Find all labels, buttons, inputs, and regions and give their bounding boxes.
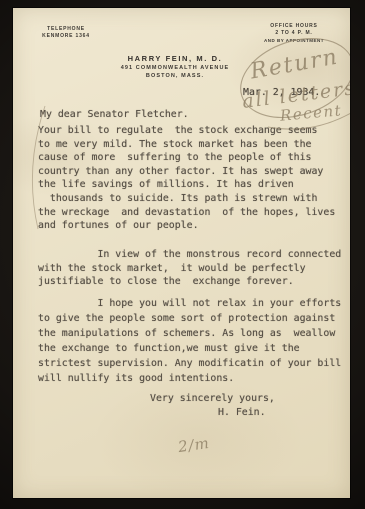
- street-address: 491 COMMONWEALTH AVENUE: [109, 64, 241, 72]
- office-hours-times: 2 TO 4 P. M.: [256, 30, 332, 37]
- city-state: BOSTON, MASS.: [109, 72, 241, 80]
- letter-paragraph-2: In view of the monstrous record connecte…: [38, 248, 341, 289]
- letterhead-identity: HARRY FEIN, M. D. 491 COMMONWEALTH AVENU…: [109, 54, 241, 80]
- handwritten-bottom-mark: 2/m: [177, 434, 211, 456]
- handwritten-return: Return: [249, 44, 341, 84]
- doctor-name: HARRY FEIN, M. D.: [109, 54, 241, 64]
- scanned-letter-view: TELEPHONE KENMORE 1364 OFFICE HOURS 2 TO…: [0, 0, 365, 509]
- telephone-label: TELEPHONE: [35, 26, 97, 33]
- handwritten-side-note: Recent: [279, 101, 342, 124]
- signature: H. Fein.: [218, 406, 266, 420]
- letter-paragraph-3: I hope you will not relax in your effort…: [38, 296, 341, 386]
- office-hours-appointment: AND BY APPOINTMENT: [256, 37, 332, 44]
- letter-page: TELEPHONE KENMORE 1364 OFFICE HOURS 2 TO…: [13, 8, 350, 498]
- letter-paragraph-1: Your bill to regulate the stock exchange…: [38, 124, 335, 233]
- letterhead-telephone: TELEPHONE KENMORE 1364: [35, 26, 97, 40]
- office-hours-label: OFFICE HOURS: [256, 23, 332, 30]
- telephone-number: KENMORE 1364: [35, 33, 97, 40]
- closing-line: Very sincerely yours,: [150, 392, 275, 406]
- letterhead-office-hours: OFFICE HOURS 2 TO 4 P. M. AND BY APPOINT…: [256, 23, 332, 44]
- salutation: My dear Senator Fletcher.: [40, 108, 189, 122]
